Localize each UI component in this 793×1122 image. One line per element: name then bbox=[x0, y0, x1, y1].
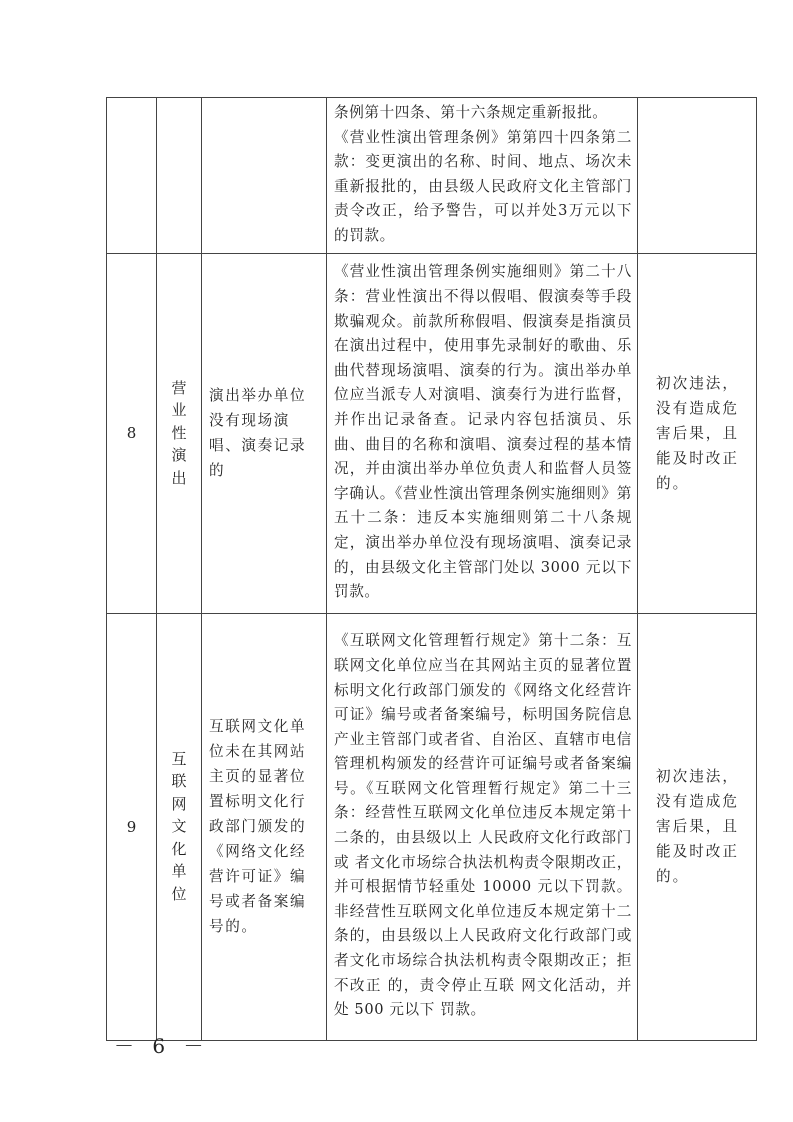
category-cell bbox=[157, 98, 202, 254]
row-number-cell: 8 bbox=[107, 253, 157, 613]
legal-basis-cell: 条例第十四条、第十六条规定重新报批。 《营业性演出管理条例》第第四十四条第二款：… bbox=[327, 98, 638, 254]
condition-cell bbox=[638, 98, 757, 254]
category-char: 位 bbox=[157, 883, 201, 906]
category-char: 文 bbox=[157, 815, 201, 838]
legal-basis-text: 条例第十四条、第十六条规定重新报批。 bbox=[334, 101, 632, 126]
category-cell: 互 联 网 文 化 单 位 bbox=[157, 613, 202, 1040]
legal-basis-cell: 《营业性演出管理条例实施细则》第二十八条：营业性演出不得以假唱、假演奏等手段欺骗… bbox=[327, 253, 638, 613]
category-char: 出 bbox=[157, 467, 201, 490]
table-row-continued: 条例第十四条、第十六条规定重新报批。 《营业性演出管理条例》第第四十四条第二款：… bbox=[107, 98, 757, 254]
category-char: 化 bbox=[157, 838, 201, 861]
condition-cell: 初次违法，没有造成危害后果，且能及时改正的。 bbox=[638, 613, 757, 1040]
table-row-8: 8 营 业 性 演 出 演出举办单位没有现场演唱、演奏记录的 《营业性演出管理条… bbox=[107, 253, 757, 613]
legal-basis-text: 《营业性演出管理条例实施细则》第二十八条：营业性演出不得以假唱、假演奏等手段欺骗… bbox=[334, 260, 632, 604]
category-char: 业 bbox=[157, 399, 201, 422]
row-number-cell: 9 bbox=[107, 613, 157, 1040]
category-char: 联 bbox=[157, 770, 201, 793]
legal-basis-cell: 《互联网文化管理暂行规定》第十二条：互联网文化单位应当在其网站主页的显著位置标明… bbox=[327, 613, 638, 1040]
violation-description-cell: 互联网文化单位未在其网站主页的显著位置标明文化行政部门颁发的《网络文化经营许可证… bbox=[202, 613, 327, 1040]
violation-description-cell bbox=[202, 98, 327, 254]
category-cell: 营 业 性 演 出 bbox=[157, 253, 202, 613]
penalty-exemption-table: 条例第十四条、第十六条规定重新报批。 《营业性演出管理条例》第第四十四条第二款：… bbox=[106, 97, 757, 1041]
category-char: 互 bbox=[157, 748, 201, 771]
category-char: 网 bbox=[157, 793, 201, 816]
category-char: 性 bbox=[157, 422, 201, 445]
category-char: 演 bbox=[157, 444, 201, 467]
condition-cell: 初次违法，没有造成危害后果，且能及时改正的。 bbox=[638, 253, 757, 613]
category-char: 营 bbox=[157, 377, 201, 400]
category-char: 单 bbox=[157, 860, 201, 883]
table-row-9: 9 互 联 网 文 化 单 位 互联网文化单位未在其网站主页的显著位置标明文化行… bbox=[107, 613, 757, 1040]
legal-basis-text: 《互联网文化管理暂行规定》第十二条：互联网文化单位应当在其网站主页的显著位置标明… bbox=[334, 629, 632, 1023]
violation-description-cell: 演出举办单位没有现场演唱、演奏记录的 bbox=[202, 253, 327, 613]
row-number-cell bbox=[107, 98, 157, 254]
page-number: － 6 － bbox=[114, 1030, 209, 1059]
legal-basis-text: 《营业性演出管理条例》第第四十四条第二款：变更演出的名称、时间、地点、场次未重新… bbox=[334, 126, 632, 249]
